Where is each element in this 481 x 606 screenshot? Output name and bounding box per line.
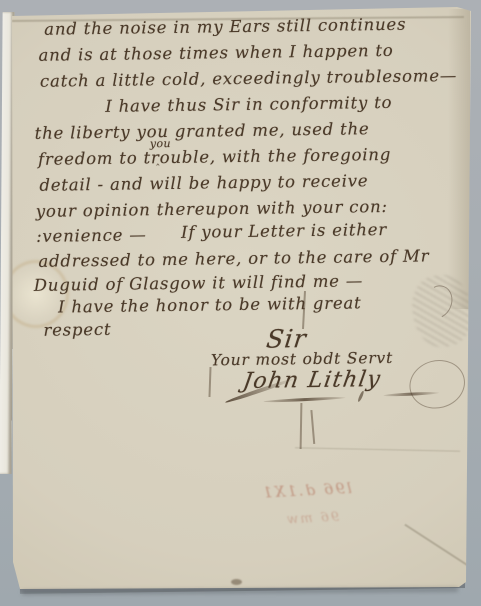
caret-mark: ‸ [156, 155, 160, 166]
letter-line: detail - and will be happy to receive [39, 171, 368, 195]
letter-line: your opinion thereupon with your con: [36, 197, 388, 221]
letter-line: addressed to me here, or to the care of … [38, 246, 429, 270]
signature-loop-flourish [404, 354, 470, 415]
ink-layer: and the noise in my Ears still continues… [6, 4, 476, 592]
letter-line: and the noise in my Ears still continues [44, 15, 406, 39]
letter-line: freedom to trouble, with the foregoing [38, 145, 391, 169]
letter-line: catch a little cold, exceedingly trouble… [40, 66, 457, 91]
letter-line: and is at those times when I happen to [38, 41, 393, 65]
letter-line: Duguid of Glasgow it will find me — [34, 271, 364, 295]
interlinear-insertion: you [150, 137, 171, 150]
letter-line: respect [43, 320, 111, 340]
signature-underline-flourish [263, 396, 345, 403]
letter-line: I have thus Sir in conformity to [105, 93, 392, 116]
letter-paper: l96 d.1X1 96 mw and the noise in my Ears… [10, 7, 472, 589]
letter-line: the liberty you granted me, used the [35, 119, 370, 143]
letter-line: I have the honor to be with great [58, 293, 362, 316]
descender-stroke [310, 410, 314, 444]
scanned-letter-photograph: l96 d.1X1 96 mw and the noise in my Ears… [0, 0, 481, 606]
letter-line: If your Letter is either [181, 220, 387, 242]
letter-line: :venience — [36, 225, 147, 246]
